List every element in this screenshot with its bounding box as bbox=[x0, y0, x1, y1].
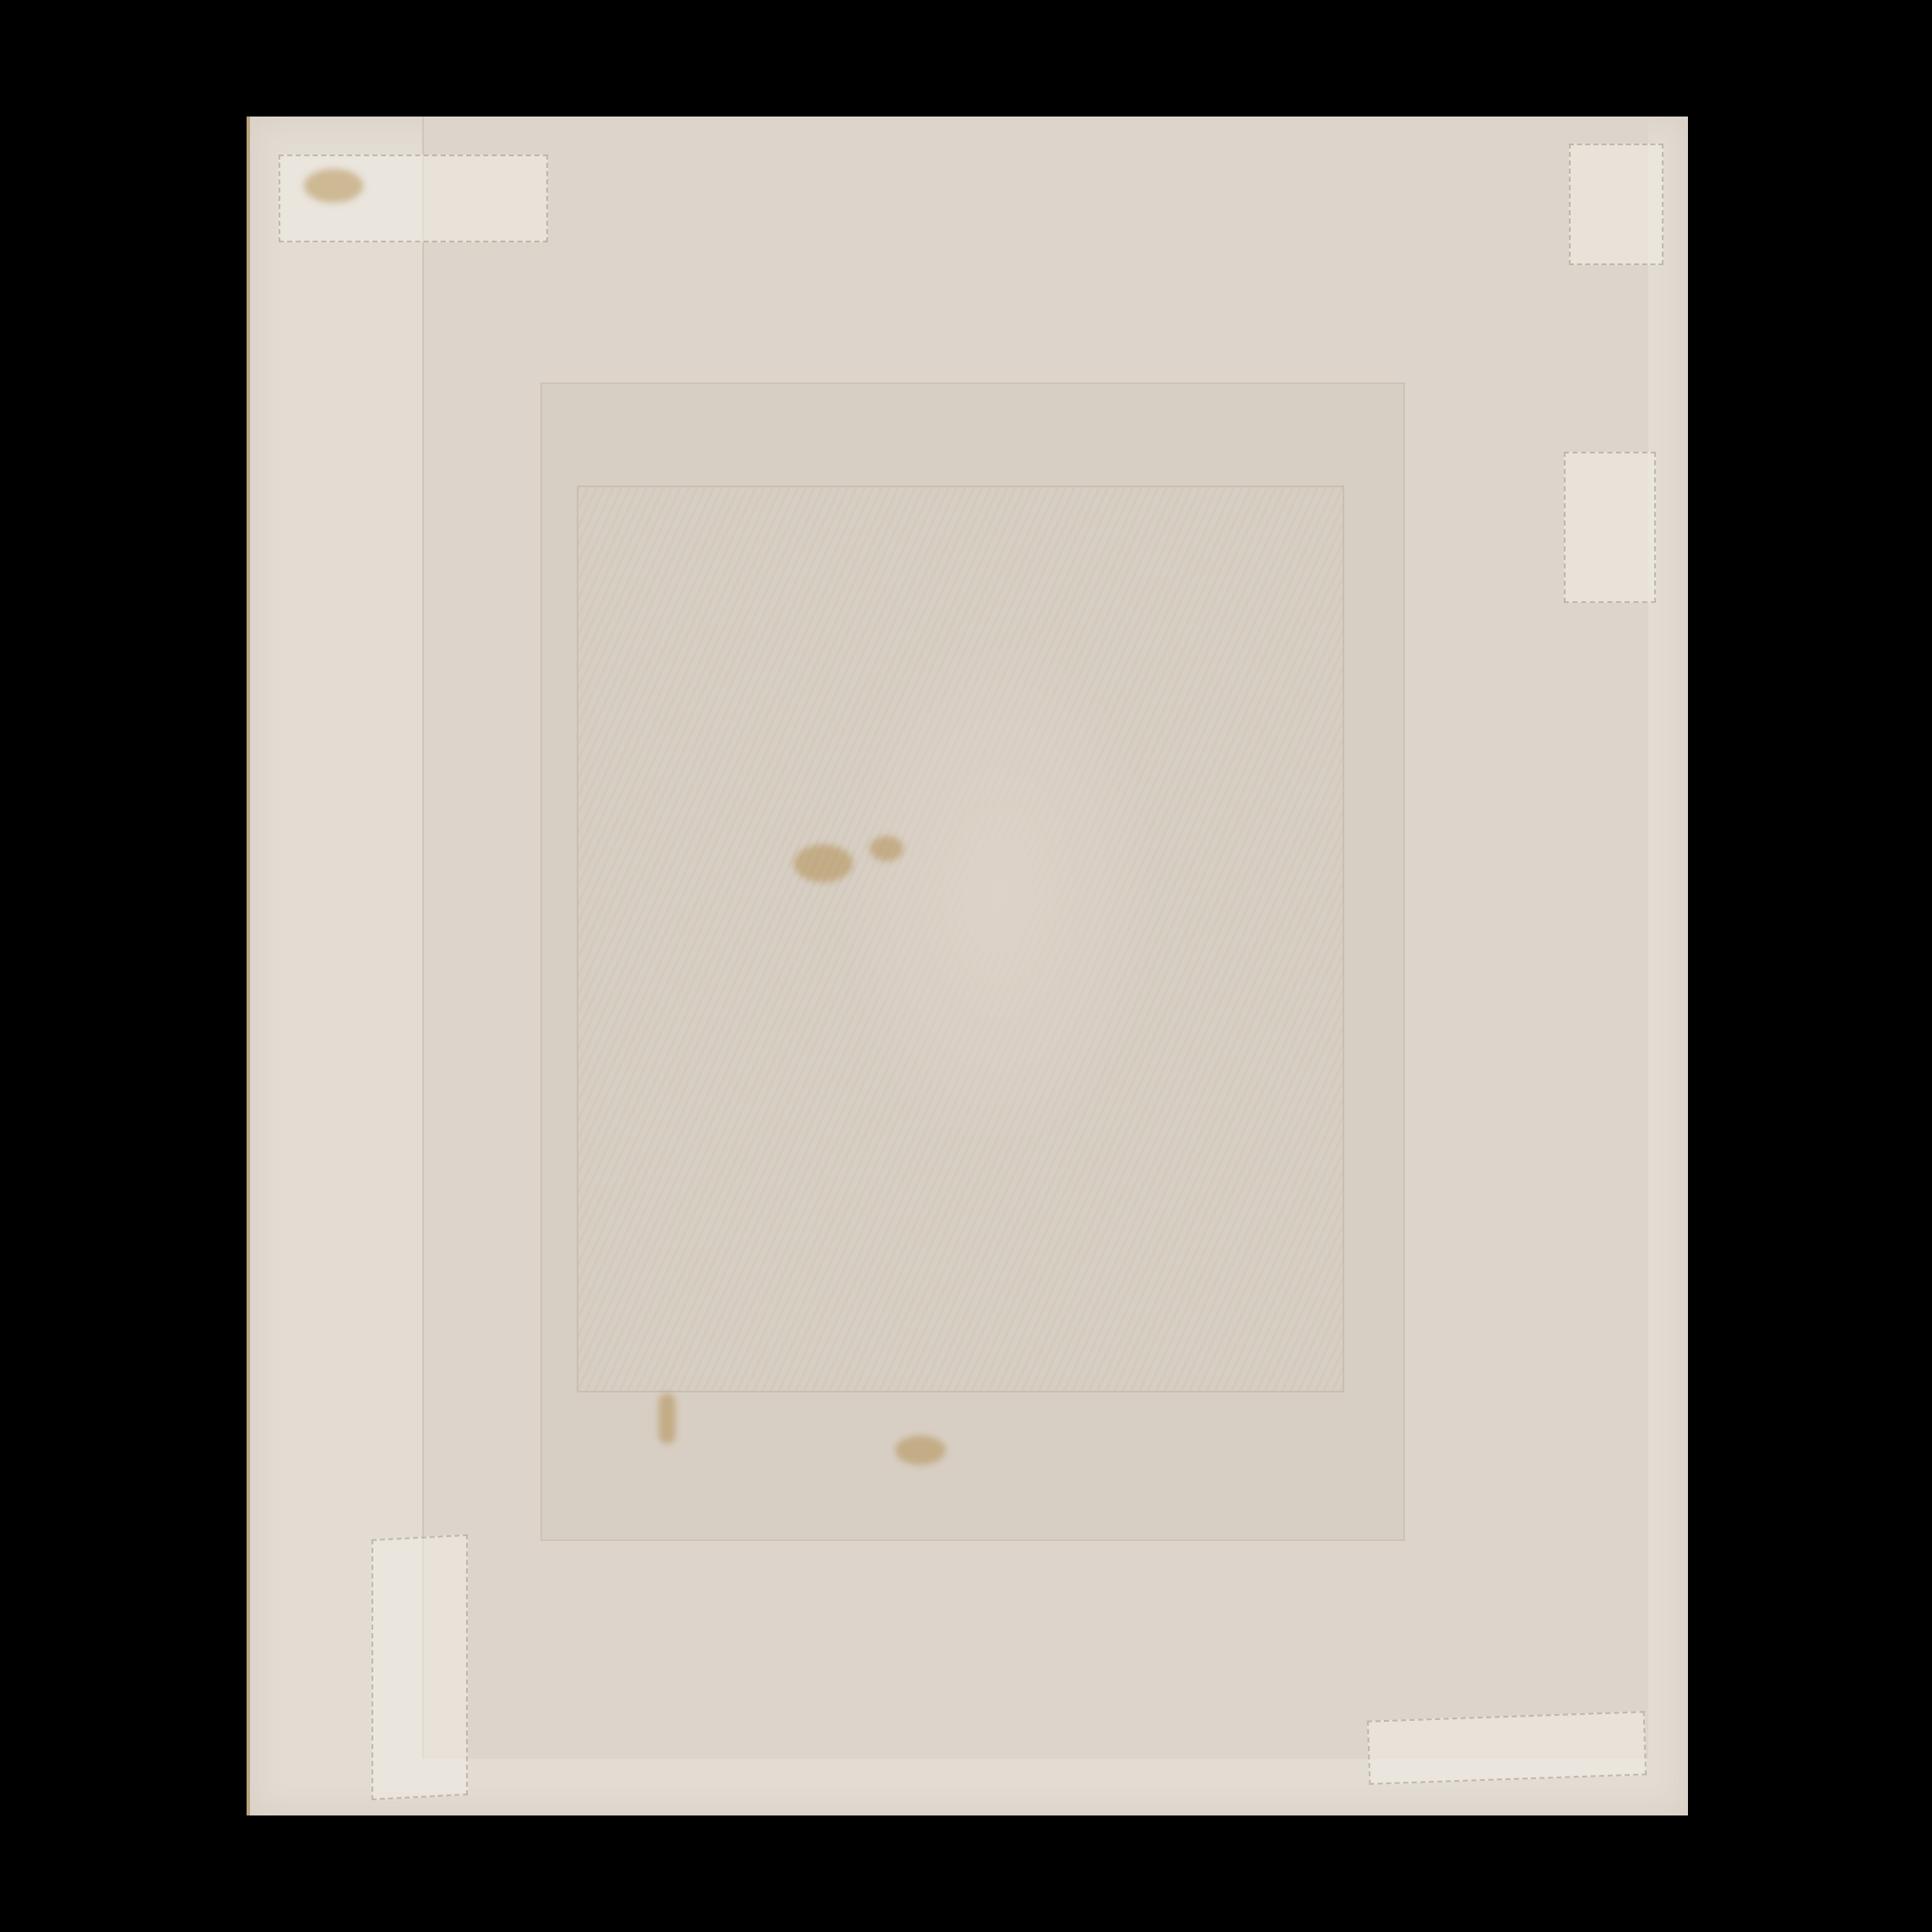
stain-center-2 bbox=[870, 836, 904, 861]
show-through-portrait bbox=[577, 486, 1344, 1392]
stain-lower bbox=[659, 1393, 676, 1444]
stain-top-left bbox=[304, 169, 363, 203]
tape-top-right bbox=[1569, 144, 1663, 265]
tape-bottom-left bbox=[372, 1534, 468, 1800]
stain-lower-2 bbox=[895, 1435, 946, 1465]
tape-bottom-right bbox=[1367, 1711, 1647, 1784]
tape-right-edge bbox=[1564, 452, 1656, 603]
stain-center bbox=[794, 844, 853, 882]
